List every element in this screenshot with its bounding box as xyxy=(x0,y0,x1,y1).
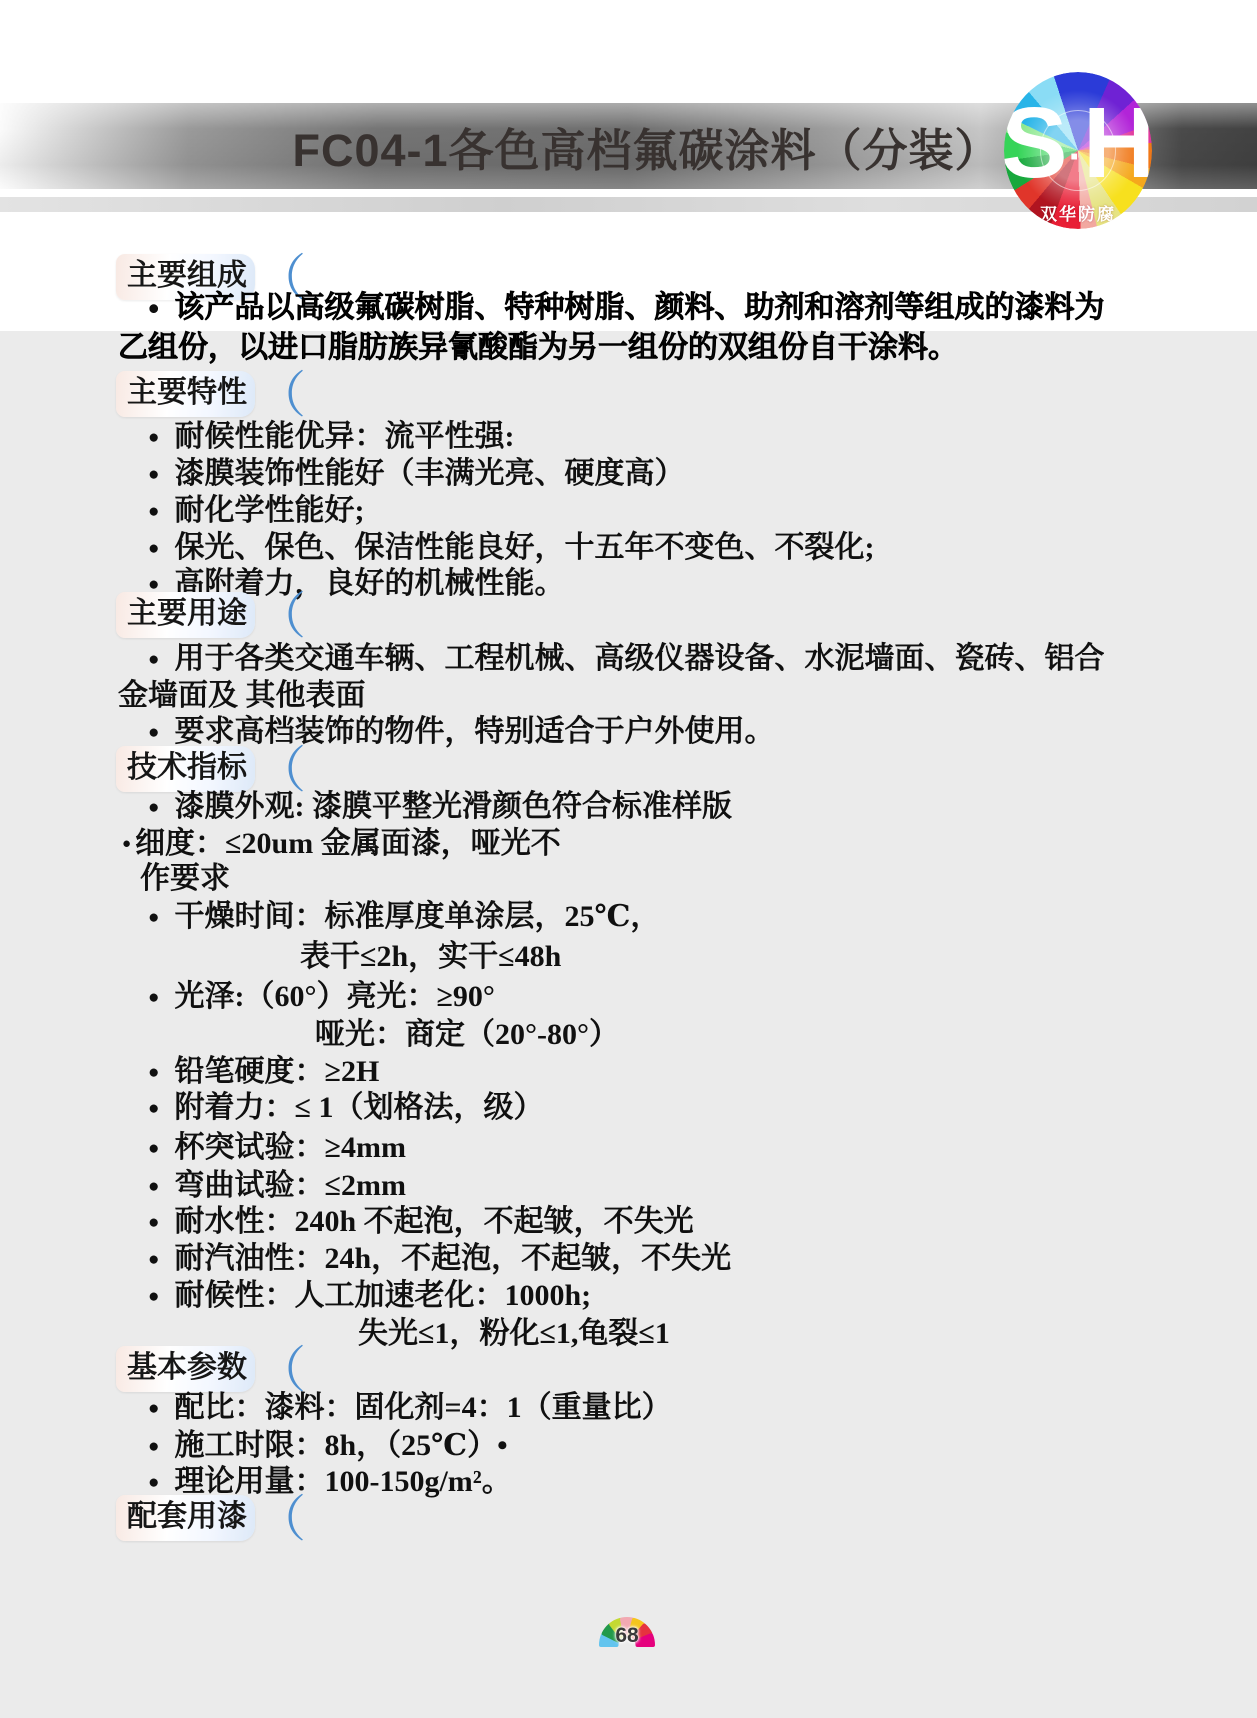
company-logo: S · H 双华防腐 xyxy=(1004,72,1152,229)
section-header-parameters: 基本参数 （ xyxy=(116,1346,306,1394)
section-header-paren: （ xyxy=(256,1346,306,1394)
list-item: ●铅笔硬度：≥2H xyxy=(148,1054,379,1090)
bullet-icon: ● xyxy=(148,1399,159,1418)
list-item-continuation: 作要求 xyxy=(140,861,230,897)
bullet-icon: ● xyxy=(148,1139,159,1158)
list-item-text: 保光、保色、保洁性能良好，十五年不变色、不裂化; xyxy=(174,530,874,566)
bullet-icon: ● xyxy=(148,1063,159,1082)
bullet-icon: ● xyxy=(148,575,159,594)
list-item-text: 干燥时间：标准厚度单涂层，25℃， xyxy=(174,899,660,935)
section-header-label: 基本参数 xyxy=(116,1346,255,1392)
bullet-icon: ● xyxy=(148,1099,159,1118)
bullet-icon: ● xyxy=(148,908,159,927)
list-item-text: 失光≤1，粉化≤1,龟裂≤1 xyxy=(358,1317,670,1350)
list-item-text: 铅笔硬度：≥2H xyxy=(174,1054,379,1090)
list-item-text: 细度：≤20um 金属面漆，哑光不 xyxy=(135,826,561,862)
list-item: ●耐候性：人工加速老化：1000h; xyxy=(148,1278,591,1314)
list-item: ●弯曲试验：≤2mm xyxy=(148,1168,406,1204)
list-item-text: 该产品以高级氟碳树脂、特种树脂、颜料、助剂和溶剂等组成的漆料为 xyxy=(174,290,1104,326)
logo-letter-s: S xyxy=(1004,93,1068,193)
list-item: ●耐水性：240h 不起泡，不起皱，不失光 xyxy=(148,1204,694,1240)
list-item-text: 漆膜装饰性能好（丰满光亮、硬度高） xyxy=(174,456,684,492)
logo-banner-text: 双华防腐 xyxy=(1004,200,1152,225)
section-header-label: 主要特性 xyxy=(116,371,255,417)
list-item: ●杯突试验：≥4mm xyxy=(148,1130,406,1166)
list-item-text: 耐水性：240h 不起泡，不起皱，不失光 xyxy=(174,1204,693,1240)
bullet-icon: ● xyxy=(148,539,159,558)
list-item-text: 附着力：≤ 1（划格法，级） xyxy=(174,1090,543,1126)
list-item-text: 弯曲试验：≤2mm xyxy=(174,1168,405,1204)
list-item: ●光泽:（60°）亮光：≥90° xyxy=(148,979,495,1015)
bullet-icon: ● xyxy=(148,650,159,669)
list-item-text: 耐汽油性：24h，不起泡，不起皱，不失光 xyxy=(174,1241,731,1277)
list-item: ●附着力：≤ 1（划格法，级） xyxy=(148,1090,543,1126)
list-item: ●耐化学性能好; xyxy=(148,493,364,529)
list-item: ●该产品以高级氟碳树脂、特种树脂、颜料、助剂和溶剂等组成的漆料为 xyxy=(148,290,1104,326)
list-item: ●耐候性能优异：流平性强: xyxy=(148,419,514,455)
list-item-text: 用于各类交通车辆、工程机械、高级仪器设备、水泥墙面、瓷砖、铝合 xyxy=(174,641,1104,677)
list-item-text: 耐候性：人工加速老化：1000h; xyxy=(174,1278,591,1314)
list-item-text: 金墙面及 其他表面 xyxy=(118,679,366,712)
list-item: ●保光、保色、保洁性能良好，十五年不变色、不裂化; xyxy=(148,530,874,566)
bullet-icon: ● xyxy=(148,1213,159,1232)
list-item-text: 配比：漆料：固化剂=4：1（重量比） xyxy=(174,1390,671,1426)
list-item-text: 乙组份，以进口脂肪族异氰酸酯为另一组份的双组份自干涂料。 xyxy=(118,331,958,364)
bullet-icon: ● xyxy=(148,1250,159,1269)
list-item: ●漆膜装饰性能好（丰满光亮、硬度高） xyxy=(148,456,684,492)
section-header-features: 主要特性 （ xyxy=(116,371,306,419)
section-header-label: 配套用漆 xyxy=(116,1495,255,1541)
bullet-icon: ● xyxy=(122,837,131,852)
bullet-icon: ● xyxy=(148,988,159,1007)
bullet-icon: ● xyxy=(148,798,159,817)
section-header-paren: （ xyxy=(256,1495,306,1543)
list-item-continuation: 乙组份，以进口脂肪族异氰酸酯为另一组份的双组份自干涂料。 xyxy=(118,330,958,366)
list-item-text: 光泽:（60°）亮光：≥90° xyxy=(174,979,494,1015)
list-item: ●要求高档装饰的物件，特别适合于户外使用。 xyxy=(148,714,774,750)
page-title: FC04-1各色高档氟碳涂料（分装） xyxy=(292,114,1000,179)
list-item-text: 表干≤2h，实干≤48h xyxy=(300,940,561,973)
section-header-paren: （ xyxy=(256,371,306,419)
list-item: ●施工时限：8h，（25℃）• xyxy=(148,1428,508,1464)
bullet-icon: ● xyxy=(148,299,159,318)
bullet-icon: ● xyxy=(148,428,159,447)
document-page: FC04-1各色高档氟碳涂料（分装） S · H 双华防腐 主要组成 （ ●该产… xyxy=(0,0,1257,1718)
bullet-icon: ● xyxy=(148,502,159,521)
list-item-continuation: 表干≤2h，实干≤48h xyxy=(300,939,561,975)
logo-dot: · xyxy=(1069,137,1082,177)
bullet-icon: ● xyxy=(148,1177,159,1196)
section-header-paren: （ xyxy=(256,592,306,640)
section-header-label: 技术指标 xyxy=(116,746,255,792)
list-item: ●用于各类交通车辆、工程机械、高级仪器设备、水泥墙面、瓷砖、铝合 xyxy=(148,641,1104,677)
list-item: ●细度：≤20um 金属面漆，哑光不 xyxy=(122,826,561,862)
list-item: ●耐汽油性：24h，不起泡，不起皱，不失光 xyxy=(148,1241,731,1277)
list-item-continuation: 哑光：商定（20°-80°） xyxy=(315,1017,619,1053)
list-item-text: 耐化学性能好; xyxy=(174,493,364,529)
bullet-icon: ● xyxy=(148,723,159,742)
section-header-uses: 主要用途 （ xyxy=(116,592,306,640)
page-number: 68 xyxy=(591,1624,663,1648)
bullet-icon: ● xyxy=(148,1473,159,1492)
list-item-text: 哑光：商定（20°-80°） xyxy=(315,1018,619,1051)
bullet-icon: ● xyxy=(148,1437,159,1456)
list-item-text: 杯突试验：≥4mm xyxy=(174,1130,405,1166)
section-header-specs: 技术指标 （ xyxy=(116,746,306,794)
list-item: ●漆膜外观: 漆膜平整光滑颜色符合标准样版 xyxy=(148,789,732,825)
section-header-matching-paints: 配套用漆 （ xyxy=(116,1495,306,1543)
list-item: ●干燥时间：标准厚度单涂层，25℃， xyxy=(148,899,660,935)
logo-letters: S · H xyxy=(1004,72,1152,221)
list-item: ●配比：漆料：固化剂=4：1（重量比） xyxy=(148,1390,672,1426)
bullet-icon: ● xyxy=(148,1287,159,1306)
list-item-continuation: 失光≤1，粉化≤1,龟裂≤1 xyxy=(358,1316,670,1352)
list-item-text: 耐候性能优异：流平性强: xyxy=(174,419,514,455)
list-item-text: 作要求 xyxy=(140,862,230,895)
section-header-label: 主要用途 xyxy=(116,592,255,638)
list-item-text: 施工时限：8h，（25℃）• xyxy=(174,1428,507,1464)
list-item-text: 漆膜外观: 漆膜平整光滑颜色符合标准样版 xyxy=(174,789,732,825)
section-header-paren: （ xyxy=(256,746,306,794)
list-item-continuation: 金墙面及 其他表面 xyxy=(118,678,366,714)
bullet-icon: ● xyxy=(148,465,159,484)
logo-letter-h: H xyxy=(1083,93,1152,193)
